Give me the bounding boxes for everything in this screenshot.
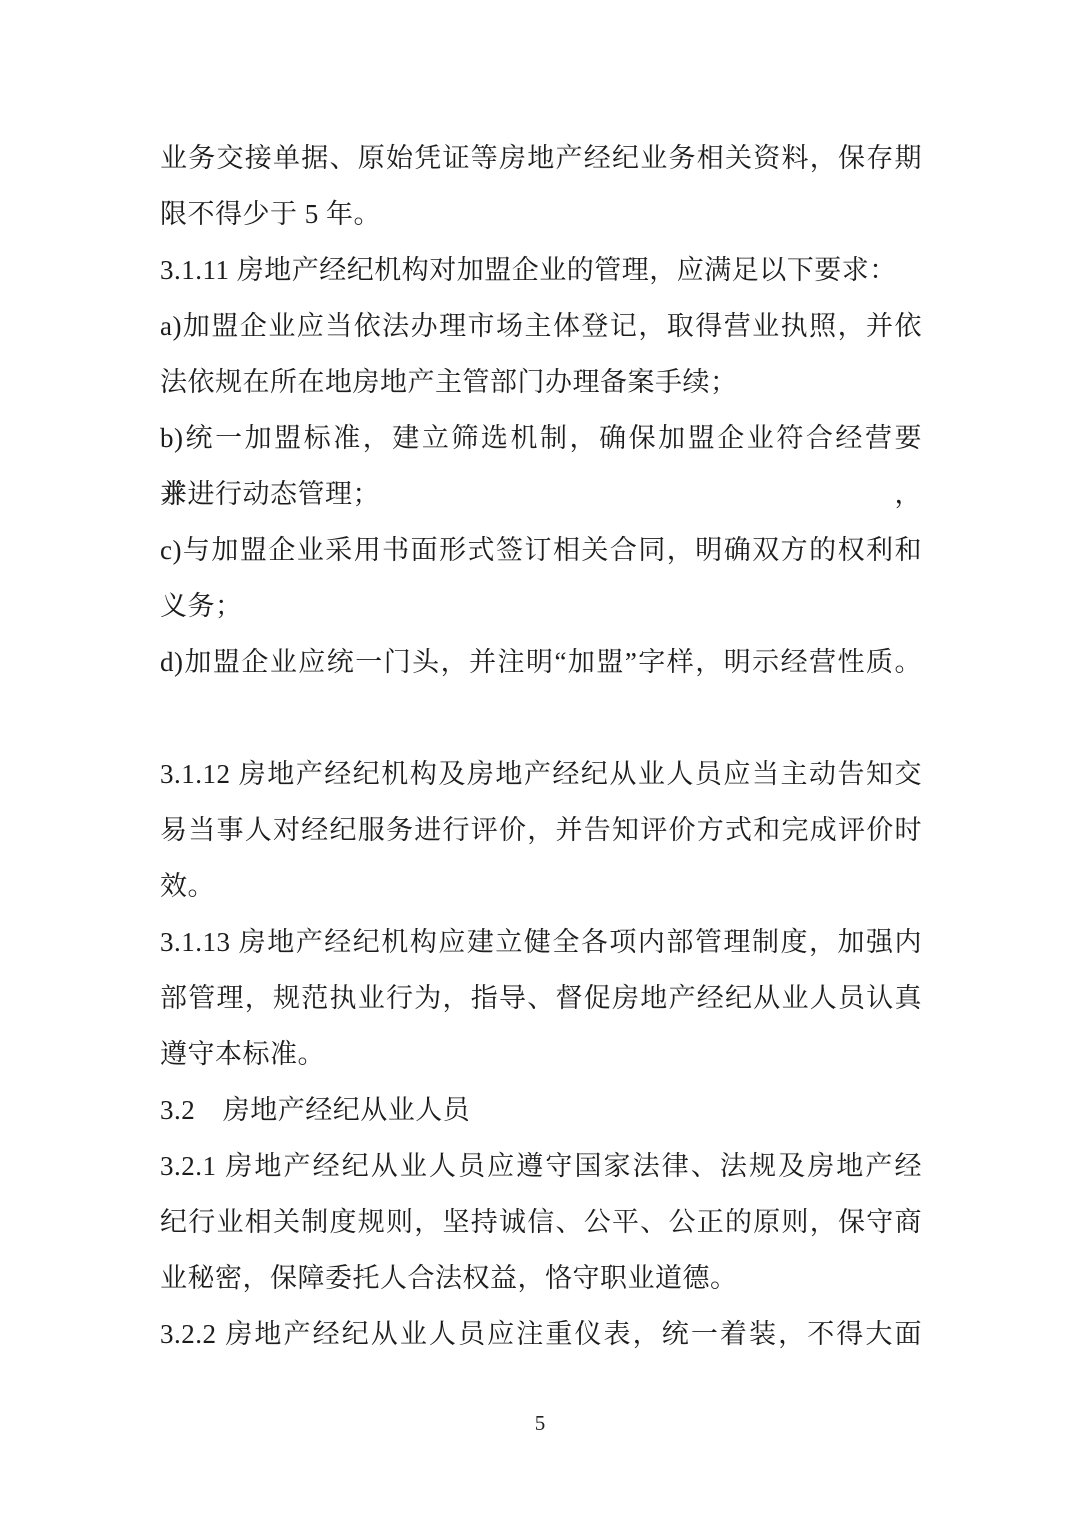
- paragraph-clause-3-1-13: 3.1.13 房地产经纪机构应建立健全各项内部管理制度，加强内 部管理，规范执业…: [160, 914, 922, 1082]
- text-line: 易当事人对经纪服务进行评价，并告知评价方式和完成评价时: [160, 802, 922, 858]
- blank-line: [160, 690, 922, 746]
- text-line: a)加盟企业应当依法办理市场主体登记，取得营业执照，并依: [160, 298, 922, 354]
- heading-3-2: 3.2 房地产经纪从业人员: [160, 1082, 922, 1138]
- paragraph-item-c: c)与加盟企业采用书面形式签订相关合同，明确双方的权利和 义务；: [160, 522, 922, 634]
- text-line: 义务；: [160, 578, 922, 634]
- text-line: c)与加盟企业采用书面形式签订相关合同，明确双方的权利和: [160, 522, 922, 578]
- paragraph-clause-3-1-12: 3.1.12 房地产经纪机构及房地产经纪从业人员应当主动告知交 易当事人对经纪服…: [160, 746, 922, 914]
- text-line: 纪行业相关制度规则，坚持诚信、公平、公正的原则，保守商: [160, 1194, 922, 1250]
- text-line: 业秘密，保障委托人合法权益，恪守职业道德。: [160, 1250, 922, 1306]
- text-line: 3.1.13 房地产经纪机构应建立健全各项内部管理制度，加强内: [160, 914, 922, 970]
- text-line: 3.2.1 房地产经纪从业人员应遵守国家法律、法规及房地产经: [160, 1138, 922, 1194]
- text-line: 3.2.2 房地产经纪从业人员应注重仪表，统一着装，不得大面: [160, 1306, 922, 1362]
- paragraph-item-b: b)统一加盟标准，建立筛选机制，确保加盟企业符合经营要求， 并进行动态管理；: [160, 410, 922, 522]
- text-line: 遵守本标准。: [160, 1026, 922, 1082]
- text-line: d)加盟企业应统一门头，并注明“加盟”字样，明示经营性质。: [160, 634, 922, 690]
- text-line: b)统一加盟标准，建立筛选机制，确保加盟企业符合经营要求，: [160, 410, 922, 466]
- paragraph-clause-3-2-2: 3.2.2 房地产经纪从业人员应注重仪表，统一着装，不得大面: [160, 1306, 922, 1362]
- text-line: 法依规在所在地房地产主管部门办理备案手续；: [160, 354, 922, 410]
- paragraph-retention-continuation: 业务交接单据、原始凭证等房地产经纪业务相关资料，保存期 限不得少于 5 年。: [160, 130, 922, 242]
- paragraph-item-d: d)加盟企业应统一门头，并注明“加盟”字样，明示经营性质。: [160, 634, 922, 690]
- document-page: 业务交接单据、原始凭证等房地产经纪业务相关资料，保存期 限不得少于 5 年。 3…: [160, 130, 922, 1362]
- paragraph-clause-3-1-11: 3.1.11 房地产经纪机构对加盟企业的管理，应满足以下要求：: [160, 242, 922, 298]
- text-line: 部管理，规范执业行为，指导、督促房地产经纪从业人员认真: [160, 970, 922, 1026]
- text-line: 效。: [160, 858, 922, 914]
- page-number: 5: [0, 1412, 1080, 1434]
- section-heading: 3.2 房地产经纪从业人员: [160, 1082, 922, 1138]
- text-line: 3.1.12 房地产经纪机构及房地产经纪从业人员应当主动告知交: [160, 746, 922, 802]
- paragraph-clause-3-2-1: 3.2.1 房地产经纪从业人员应遵守国家法律、法规及房地产经 纪行业相关制度规则…: [160, 1138, 922, 1306]
- text-line: 业务交接单据、原始凭证等房地产经纪业务相关资料，保存期: [160, 130, 922, 186]
- text-line: 限不得少于 5 年。: [160, 186, 922, 242]
- paragraph-item-a: a)加盟企业应当依法办理市场主体登记，取得营业执照，并依 法依规在所在地房地产主…: [160, 298, 922, 410]
- text-line: 3.1.11 房地产经纪机构对加盟企业的管理，应满足以下要求：: [160, 242, 922, 298]
